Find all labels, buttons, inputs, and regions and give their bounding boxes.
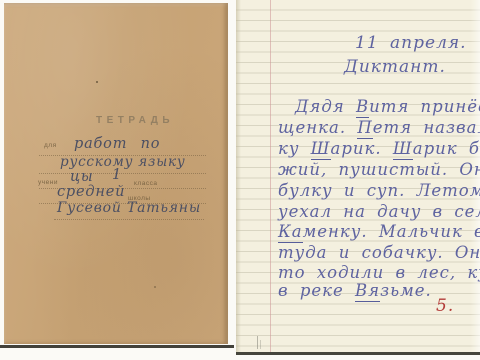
text-segment: итя принёс [369, 97, 480, 116]
text-segment: булку и суп. Летом [278, 181, 480, 200]
dictation-line: щенка. Петя назвал с [278, 118, 480, 137]
paper-speck [96, 81, 98, 83]
dictation-line: ку Шарик. Шарик был [278, 139, 480, 158]
dictation-line: жий, пушистый. Он ел [278, 160, 480, 179]
two-photo-collage: ТЕТРАДЬ для учени класса школы работ по … [0, 0, 480, 360]
cover-handwriting-line-4: средней [57, 184, 125, 200]
text-segment: в реке [278, 281, 355, 300]
form-rule-5 [54, 219, 204, 220]
dictation-line: уехал на дачу в село [278, 202, 480, 221]
text-segment: етя назвал с [373, 118, 480, 137]
dictation-line: Дядя Витя принёс [295, 97, 480, 116]
notebook-cover-photo: ТЕТРАДЬ для учени класса школы работ по … [0, 0, 236, 360]
margin-line [270, 0, 271, 352]
teacher-underline: Ка [278, 222, 303, 243]
text-segment: арик. [331, 139, 393, 158]
text-segment: менку. Мальчик взя [303, 222, 480, 241]
text-segment: то ходили в лес, купал [278, 263, 480, 282]
cover-owner-name: Гусевой Татьяны [57, 200, 201, 216]
dictation-line: булку и суп. Летом П [278, 181, 480, 200]
cover-label-dlya: для [44, 142, 57, 149]
dictation-line: в реке Вязьме. [278, 281, 432, 300]
text-segment: жий, пушистый. Он ел [278, 160, 480, 179]
text-segment: туда и собачку. Они ча [278, 243, 480, 262]
paper-speck [154, 286, 156, 288]
cover-handwriting-line-3b: 1 [112, 167, 122, 183]
text-segment: ку [278, 139, 311, 158]
teacher-underline: Ш [393, 139, 413, 160]
text-segment: зьме. [380, 281, 432, 300]
teacher-underline: Вя [355, 281, 380, 302]
dictation-line: то ходили в лес, купал [278, 263, 480, 282]
page-edge-mark [257, 336, 258, 349]
cover-handwriting-line-3a: цы [70, 169, 94, 185]
teacher-underline: В [356, 97, 369, 118]
text-segment: щенка. [278, 118, 357, 137]
cover-handwriting-line-2: русскому языку [60, 154, 186, 170]
text-segment: уехал на дачу в село [278, 202, 480, 221]
form-rule-2 [39, 173, 206, 174]
dictation-line: Каменку. Мальчик взя [278, 222, 480, 241]
table-edge [0, 345, 234, 348]
text-segment: арик был [413, 139, 480, 158]
teacher-underline: П [357, 118, 372, 139]
dictation-title: Диктант. [344, 57, 446, 77]
cover-handwriting-line-1: работ по [74, 136, 160, 152]
teacher-underline: Ш [311, 139, 331, 160]
ruled-page: 11 апреля. Диктант. Дядя Витя принёс щен… [236, 0, 480, 352]
dictation-line: туда и собачку. Они ча [278, 243, 480, 262]
cover-label-ucheni: учени [38, 179, 58, 186]
dictation-page-photo: 11 апреля. Диктант. Дядя Витя принёс щен… [236, 0, 480, 360]
kraft-cover: ТЕТРАДЬ для учени класса школы работ по … [4, 3, 228, 344]
text-segment: Дядя [295, 97, 356, 116]
cover-print-title: ТЕТРАДЬ [96, 115, 174, 126]
cover-label-klassa: класса [134, 180, 157, 187]
table-edge [236, 352, 480, 355]
page-edge-mark [260, 340, 261, 349]
date-heading: 11 апреля. [355, 33, 467, 53]
teacher-grade: 5. [436, 296, 454, 316]
